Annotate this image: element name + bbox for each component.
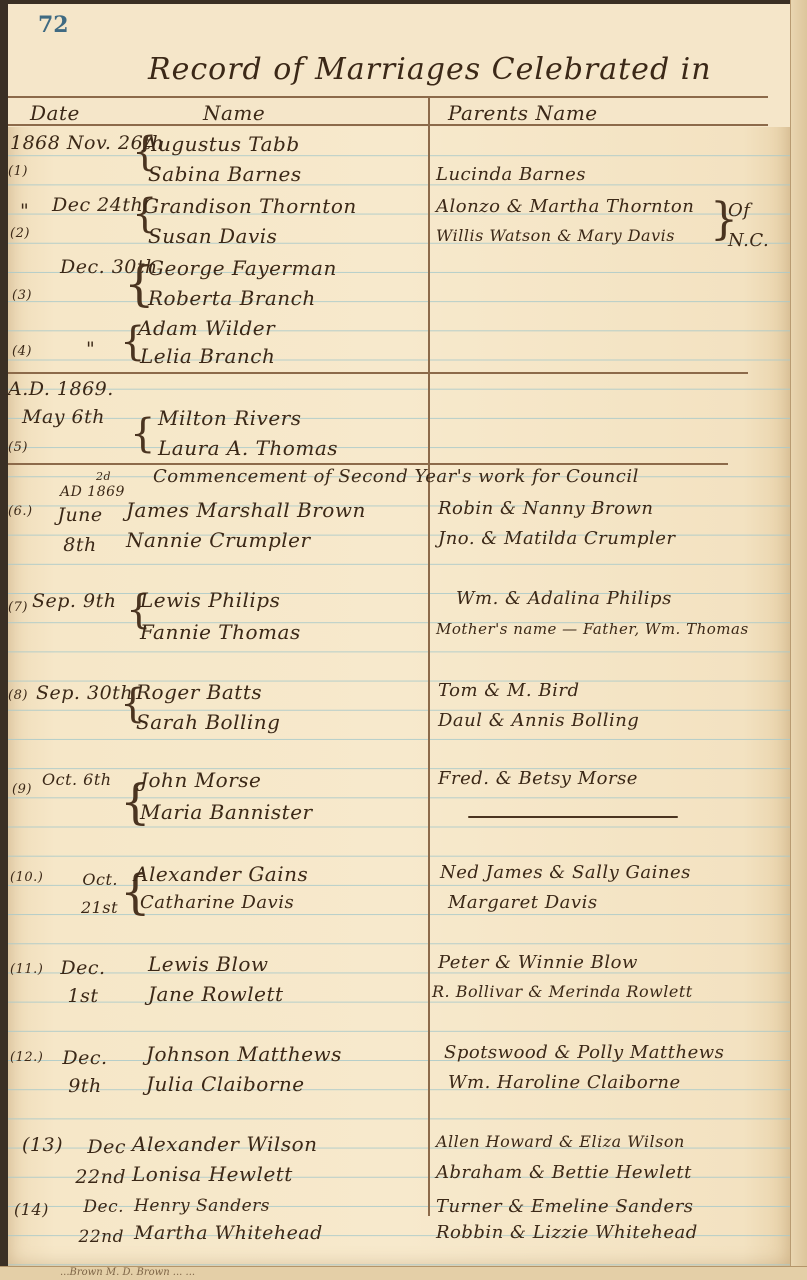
bride-parents: Robbin & Lizzie Whitehead bbox=[436, 1222, 698, 1243]
groom-parents: Robin & Nanny Brown bbox=[438, 498, 653, 519]
bride-name: Laura A. Thomas bbox=[158, 436, 338, 460]
bride-parents: Daul & Annis Bolling bbox=[438, 710, 639, 731]
bride-parents: Abraham & Bettie Hewlett bbox=[436, 1162, 692, 1183]
bride-name: Jane Rowlett bbox=[148, 982, 284, 1006]
groom-name: Augustus Tabb bbox=[143, 132, 300, 156]
entry-ditto: " bbox=[20, 200, 29, 222]
bride-parents: Mother's name — Father, Wm. Thomas bbox=[436, 620, 749, 638]
groom-name: James Marshall Brown bbox=[126, 498, 366, 522]
entry-date: Dec 24th bbox=[52, 194, 143, 216]
bride-name: Julia Claiborne bbox=[146, 1072, 305, 1096]
groom-parents: Allen Howard & Eliza Wilson bbox=[436, 1132, 685, 1151]
header-underline bbox=[8, 124, 768, 126]
entry-date: Sep. 9th bbox=[32, 590, 116, 612]
entry-number: (8) bbox=[8, 688, 28, 703]
groom-parents: Alonzo & Martha Thornton bbox=[436, 196, 694, 217]
entry-number: (12.) bbox=[10, 1050, 43, 1065]
entry-number: (3) bbox=[12, 288, 32, 303]
entry-number: (10.) bbox=[10, 870, 43, 885]
entry-number: (5) bbox=[8, 440, 28, 455]
entry-number: (14) bbox=[14, 1200, 49, 1219]
bride-parents: Lucinda Barnes bbox=[436, 164, 586, 185]
entry-date: Oct. 6th bbox=[42, 770, 112, 789]
entry-number: (1) bbox=[8, 164, 28, 179]
entry-year: A.D. 1869. bbox=[8, 378, 114, 400]
groom-name: Johnson Matthews bbox=[146, 1042, 342, 1066]
column-header-name: Name bbox=[203, 101, 265, 125]
groom-parents: Turner & Emeline Sanders bbox=[436, 1196, 694, 1217]
entry-date: Dec 22nd bbox=[46, 1132, 126, 1192]
ledger-page: 72 Record of Marriages Celebrated in Dat… bbox=[8, 4, 790, 1266]
page-title: Record of Marriages Celebrated in bbox=[148, 52, 712, 87]
groom-name: Alexander Gains bbox=[134, 862, 308, 886]
column-header-parents: Parents Name bbox=[448, 101, 598, 125]
brace-icon: { bbox=[130, 414, 155, 454]
groom-name: Alexander Wilson bbox=[132, 1132, 318, 1156]
bride-name: Nannie Crumpler bbox=[126, 528, 311, 552]
groom-name: Roger Batts bbox=[136, 680, 262, 704]
bride-name: Susan Davis bbox=[148, 224, 277, 248]
groom-name: Lewis Blow bbox=[148, 952, 269, 976]
groom-parents: Spotswood & Polly Matthews bbox=[444, 1042, 724, 1063]
entry-date: Sep. 30th bbox=[36, 682, 133, 704]
bride-name: Catharine Davis bbox=[140, 892, 294, 913]
groom-name: John Morse bbox=[140, 768, 261, 792]
entry-date: Oct. 21st bbox=[58, 866, 118, 922]
bride-parents: Jno. & Matilda Crumpler bbox=[438, 528, 675, 549]
ditto-flourish bbox=[468, 816, 678, 818]
entry-date: Dec. 9th bbox=[50, 1044, 120, 1100]
column-divider bbox=[428, 96, 430, 1216]
bride-parents: Willis Watson & Mary Davis bbox=[436, 226, 675, 245]
entry-date: May 6th bbox=[22, 406, 105, 428]
groom-name: Lewis Philips bbox=[140, 588, 280, 612]
groom-name: Henry Sanders bbox=[134, 1196, 270, 1216]
column-header-date: Date bbox=[30, 101, 80, 125]
entry-marker: 2d bbox=[96, 470, 111, 483]
bride-name: Roberta Branch bbox=[148, 286, 316, 310]
bride-name: Sabina Barnes bbox=[148, 162, 302, 186]
bride-name: Fannie Thomas bbox=[140, 620, 301, 644]
groom-parents: Peter & Winnie Blow bbox=[438, 952, 638, 973]
entry-year: AD 1869 bbox=[60, 484, 125, 500]
entry-date: " bbox=[86, 338, 95, 360]
next-page-edge bbox=[790, 0, 807, 1280]
entry-number: (2) bbox=[10, 226, 30, 241]
section-note: Commencement of Second Year's work for C… bbox=[153, 466, 639, 487]
bride-name: Lelia Branch bbox=[140, 344, 275, 368]
bride-parents: Wm. Haroline Claiborne bbox=[448, 1072, 681, 1093]
page-number: 72 bbox=[38, 12, 69, 38]
title-underline bbox=[8, 96, 768, 98]
entry-number: (7) bbox=[8, 600, 28, 615]
entry-number: (6.) bbox=[8, 504, 33, 519]
bride-name: Sarah Bolling bbox=[136, 710, 280, 734]
entry-date: June 8th bbox=[40, 500, 120, 560]
entry-number: (11.) bbox=[10, 962, 43, 977]
entry-date: Dec. 1st bbox=[48, 954, 118, 1010]
underlying-page-edge: ...Brown M. D. Brown ... ... bbox=[0, 1266, 807, 1280]
entry-number: (9) bbox=[12, 782, 32, 797]
groom-parents: Ned James & Sally Gaines bbox=[440, 862, 691, 883]
groom-name: George Fayerman bbox=[148, 256, 337, 280]
entry-date: Dec. 22nd bbox=[48, 1192, 124, 1252]
groom-parents: Tom & M. Bird bbox=[438, 680, 579, 701]
bride-parents: Margaret Davis bbox=[448, 892, 598, 913]
side-note: Of N.C. bbox=[728, 196, 768, 256]
year-divider bbox=[8, 372, 748, 374]
entry-number: (4) bbox=[12, 344, 32, 359]
bride-parents: R. Bollivar & Merinda Rowlett bbox=[432, 982, 693, 1001]
groom-name: Grandison Thornton bbox=[143, 194, 357, 218]
bride-name: Lonisa Hewlett bbox=[132, 1162, 293, 1186]
bride-name: Martha Whitehead bbox=[134, 1222, 323, 1244]
groom-name: Milton Rivers bbox=[158, 406, 302, 430]
section-divider bbox=[8, 463, 728, 465]
groom-parents: Fred. & Betsy Morse bbox=[438, 768, 638, 789]
bride-name: Maria Bannister bbox=[140, 800, 313, 824]
groom-name: Adam Wilder bbox=[138, 316, 275, 340]
groom-parents: Wm. & Adalina Philips bbox=[456, 588, 672, 609]
